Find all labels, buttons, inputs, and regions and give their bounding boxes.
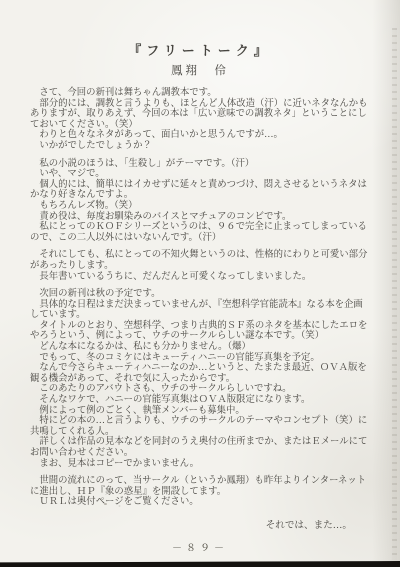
- text-line: かなり好きなんですよ。: [30, 190, 376, 201]
- text-line: 特にどの本の…と言うよりも、ウチのサークルのテーマやコンセプト（笑）に: [30, 416, 376, 427]
- body-text: さて、今回の新刊は舞ちゃん調教本です。 部分的には、調教と言うよりも、ほとんど人…: [30, 88, 376, 508]
- text-line: このあたりのアバウトさも、ウチのサークルらしいですね。: [30, 384, 376, 395]
- text-line: そんなワケで、ハニーの官能写真集はＯＶＡ版限定になります。: [30, 395, 376, 406]
- text-line: それにしても、私にとっての不知火舞というのは、性格的にわりと可愛い部分: [30, 250, 376, 261]
- text-line: 私の小説のほうは、「生殺し」がテーマです。（汗）: [30, 159, 376, 170]
- scanned-page: 『フリートーク』 鳳翔 伶 さて、今回の新刊は舞ちゃん調教本です。 部分的には、…: [0, 0, 400, 567]
- text-line: でもって、冬のコミケにはキューティハニーの官能写真集を予定。: [30, 353, 376, 364]
- text-line: お問い合わせください。: [30, 448, 376, 459]
- text-line: 共鳴してくれる人。: [30, 427, 376, 438]
- text-line: ておいてください。（笑）: [30, 120, 376, 131]
- paragraph: 世間の流れにのって、当サークル（というか鳳翔）も昨年よりインターネットに進出し、…: [30, 476, 376, 508]
- text-line: さて、今回の新刊は舞ちゃん調教本です。: [30, 88, 376, 99]
- text-line: ありますが、取りあえず、今回の本は「広い意味での調教ネタ」ということにし: [30, 109, 376, 120]
- text-line: どんな本になるかは、私にも分かりません。（爆）: [30, 342, 376, 353]
- text-line: いかがでしたでしょうか？: [30, 141, 376, 152]
- text-line: 部分的には、調教と言うよりも、ほとんど人体改造（汗）に近いネタなんかも: [30, 99, 376, 110]
- text-line: 私にとってのＫＯＦシリーズというのは、９６で完全に止まってしまっている: [30, 222, 376, 233]
- text-line: に進出し、ＨＰ『象の惑星』を開設してます。: [30, 487, 376, 498]
- text-line: 次回の新刊は秋の予定です。: [30, 289, 376, 300]
- text-line: まお、見本はコピーでかまいません。: [30, 459, 376, 470]
- text-line: 個人的には、簡単にはイカせずに延々と責めつづけ、悶えさせるというネタは: [30, 180, 376, 191]
- paragraph: さて、今回の新刊は舞ちゃん調教本です。 部分的には、調教と言うよりも、ほとんど人…: [30, 88, 376, 152]
- text-line: 責め役は、毎度お馴染みのバイスとマチュアのコンビです。: [30, 212, 376, 223]
- text-line: があったりします。: [30, 261, 376, 272]
- text-line: しています。: [30, 310, 376, 321]
- text-line: ので、この二人以外にはいないんです。（汗）: [30, 233, 376, 244]
- text-line: わりと色々なネタがあって、面白いかと思うんですが…。: [30, 130, 376, 141]
- text-line: 世間の流れにのって、当サークル（というか鳳翔）も昨年よりインターネット: [30, 476, 376, 487]
- paragraph: 次回の新刊は秋の予定です。 具体的な日程はまだ決まっていませんが、『空想科学官能…: [30, 289, 376, 469]
- text-line: もちろんレズ物。（笑）: [30, 201, 376, 212]
- page-title: 『フリートーク』: [0, 40, 400, 59]
- scan-right-edge: [392, 28, 397, 560]
- closing-line: それでは、また…。: [0, 517, 352, 531]
- author-name: 鳳翔 伶: [0, 62, 400, 78]
- pencil-smudge: [104, 503, 107, 505]
- scan-bottom-edge: [0, 561, 400, 567]
- text-line: いや、マジで。: [30, 169, 376, 180]
- text-line: 観る機会があって、それで気に入ったからです。: [30, 374, 376, 385]
- text-line: なんで今さらキューティハニーなのか…というと、たまたま最近、ＯＶＡ版を: [30, 363, 376, 374]
- text-line: 詳しくは作品の見本などを同封のうえ奥付の住所までか、またはＥメールにて: [30, 437, 376, 448]
- text-line: 例によって例のごとく、執筆メンバーも募集中。: [30, 406, 376, 417]
- text-line: やろうという、例によって、ウチのサークルらしい謎な本です。（笑）: [30, 331, 376, 342]
- paragraph: 私の小説のほうは、「生殺し」がテーマです。（汗） いや、マジで。 個人的には、簡…: [30, 159, 376, 244]
- text-line: 長年書いているうちに、だんだんと可愛くなってしまいました。: [30, 272, 376, 283]
- page-number: －８９－: [0, 539, 400, 554]
- text-line: ＵＲＬは奥付ページをご覧ください。: [30, 497, 376, 508]
- text-line: 具体的な日程はまだ決まっていませんが、『空想科学官能読本』なる本を企画: [30, 300, 376, 311]
- text-line: タイトルのとおり、空想科学、つまり古典的ＳＦ系のネタを基本にしたエロを: [30, 321, 376, 332]
- paragraph: それにしても、私にとっての不知火舞というのは、性格的にわりと可愛い部分があったり…: [30, 250, 376, 282]
